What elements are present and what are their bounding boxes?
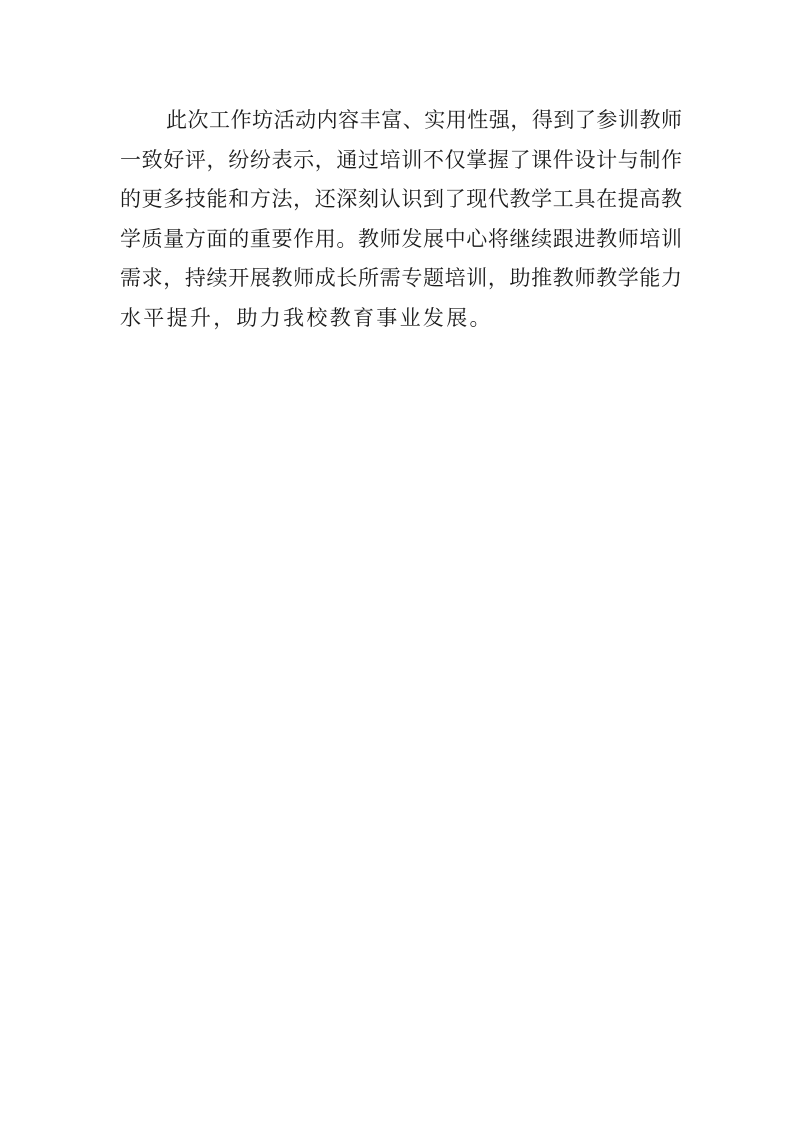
paragraph-line-4: 学质量方面的重要作用。教师发展中心将继续跟进教师培训 [120, 220, 682, 260]
paragraph-line-3: 的更多技能和方法，还深刻认识到了现代教学工具在提高教 [120, 180, 682, 220]
paragraph-line-6: 水平提升，助力我校教育事业发展。 [120, 299, 682, 339]
document-page: 此次工作坊活动内容丰富、实用性强，得到了参训教师 一致好评，纷纷表示，通过培训不… [0, 0, 793, 1122]
paragraph-line-1: 此次工作坊活动内容丰富、实用性强，得到了参训教师 [120, 101, 682, 141]
paragraph-line-5: 需求，持续开展教师成长所需专题培训，助推教师教学能力 [120, 259, 682, 299]
paragraph-line-2: 一致好评，纷纷表示，通过培训不仅掌握了课件设计与制作 [120, 141, 682, 181]
body-paragraph: 此次工作坊活动内容丰富、实用性强，得到了参训教师 一致好评，纷纷表示，通过培训不… [120, 101, 682, 339]
